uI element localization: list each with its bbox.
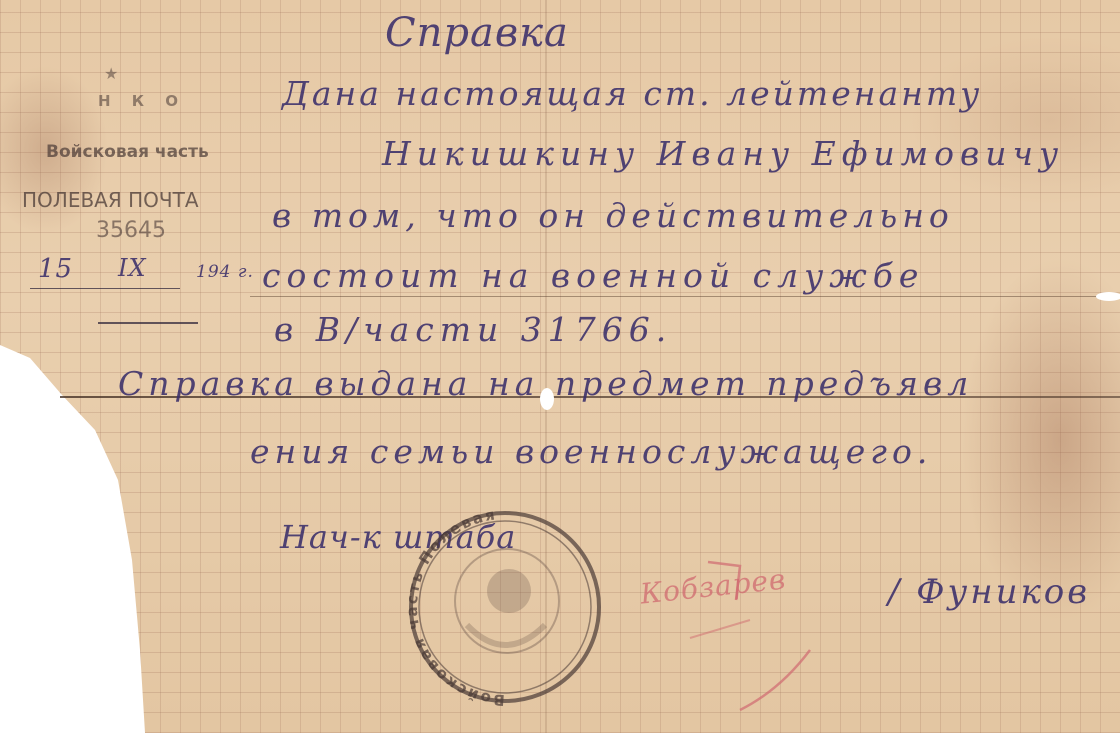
paper-tear [1096,292,1120,301]
signature-name: / Фуников [888,572,1090,612]
date-day: 15 [38,254,73,284]
body-line-3: в том, что он действительно [272,196,954,235]
body-line-2: Никишкину Ивану Ефимовичу [382,134,1064,173]
date-year: 194 г. [196,262,254,282]
body-line-1: Дана настоящая ст. лейтенанту [282,74,982,113]
stamp-post-number: 35645 [96,218,166,243]
date-month: IX [118,254,147,282]
document-title: Справка [385,10,569,56]
stamp-org: Н К О [98,92,186,110]
red-pencil-strokes [600,540,880,720]
date-underline [30,288,180,289]
star-emblem-icon: ★ [104,64,118,83]
fold-line [250,296,1120,297]
body-line-5: в В/части 31766. [274,310,672,349]
stamp-underline [98,322,198,324]
body-line-4: состоит на военной службе [262,256,924,295]
round-stamp: Войсковая часть Полевая почта [405,505,605,715]
stamp-post-label: ПОЛЕВАЯ ПОЧТА [22,188,199,212]
body-line-7: ения семьи военнослужащего. [250,432,932,471]
body-line-6: Справка выдана на предмет предъявл [118,364,973,403]
stamp-unit-label: Войсковая часть [46,142,209,162]
